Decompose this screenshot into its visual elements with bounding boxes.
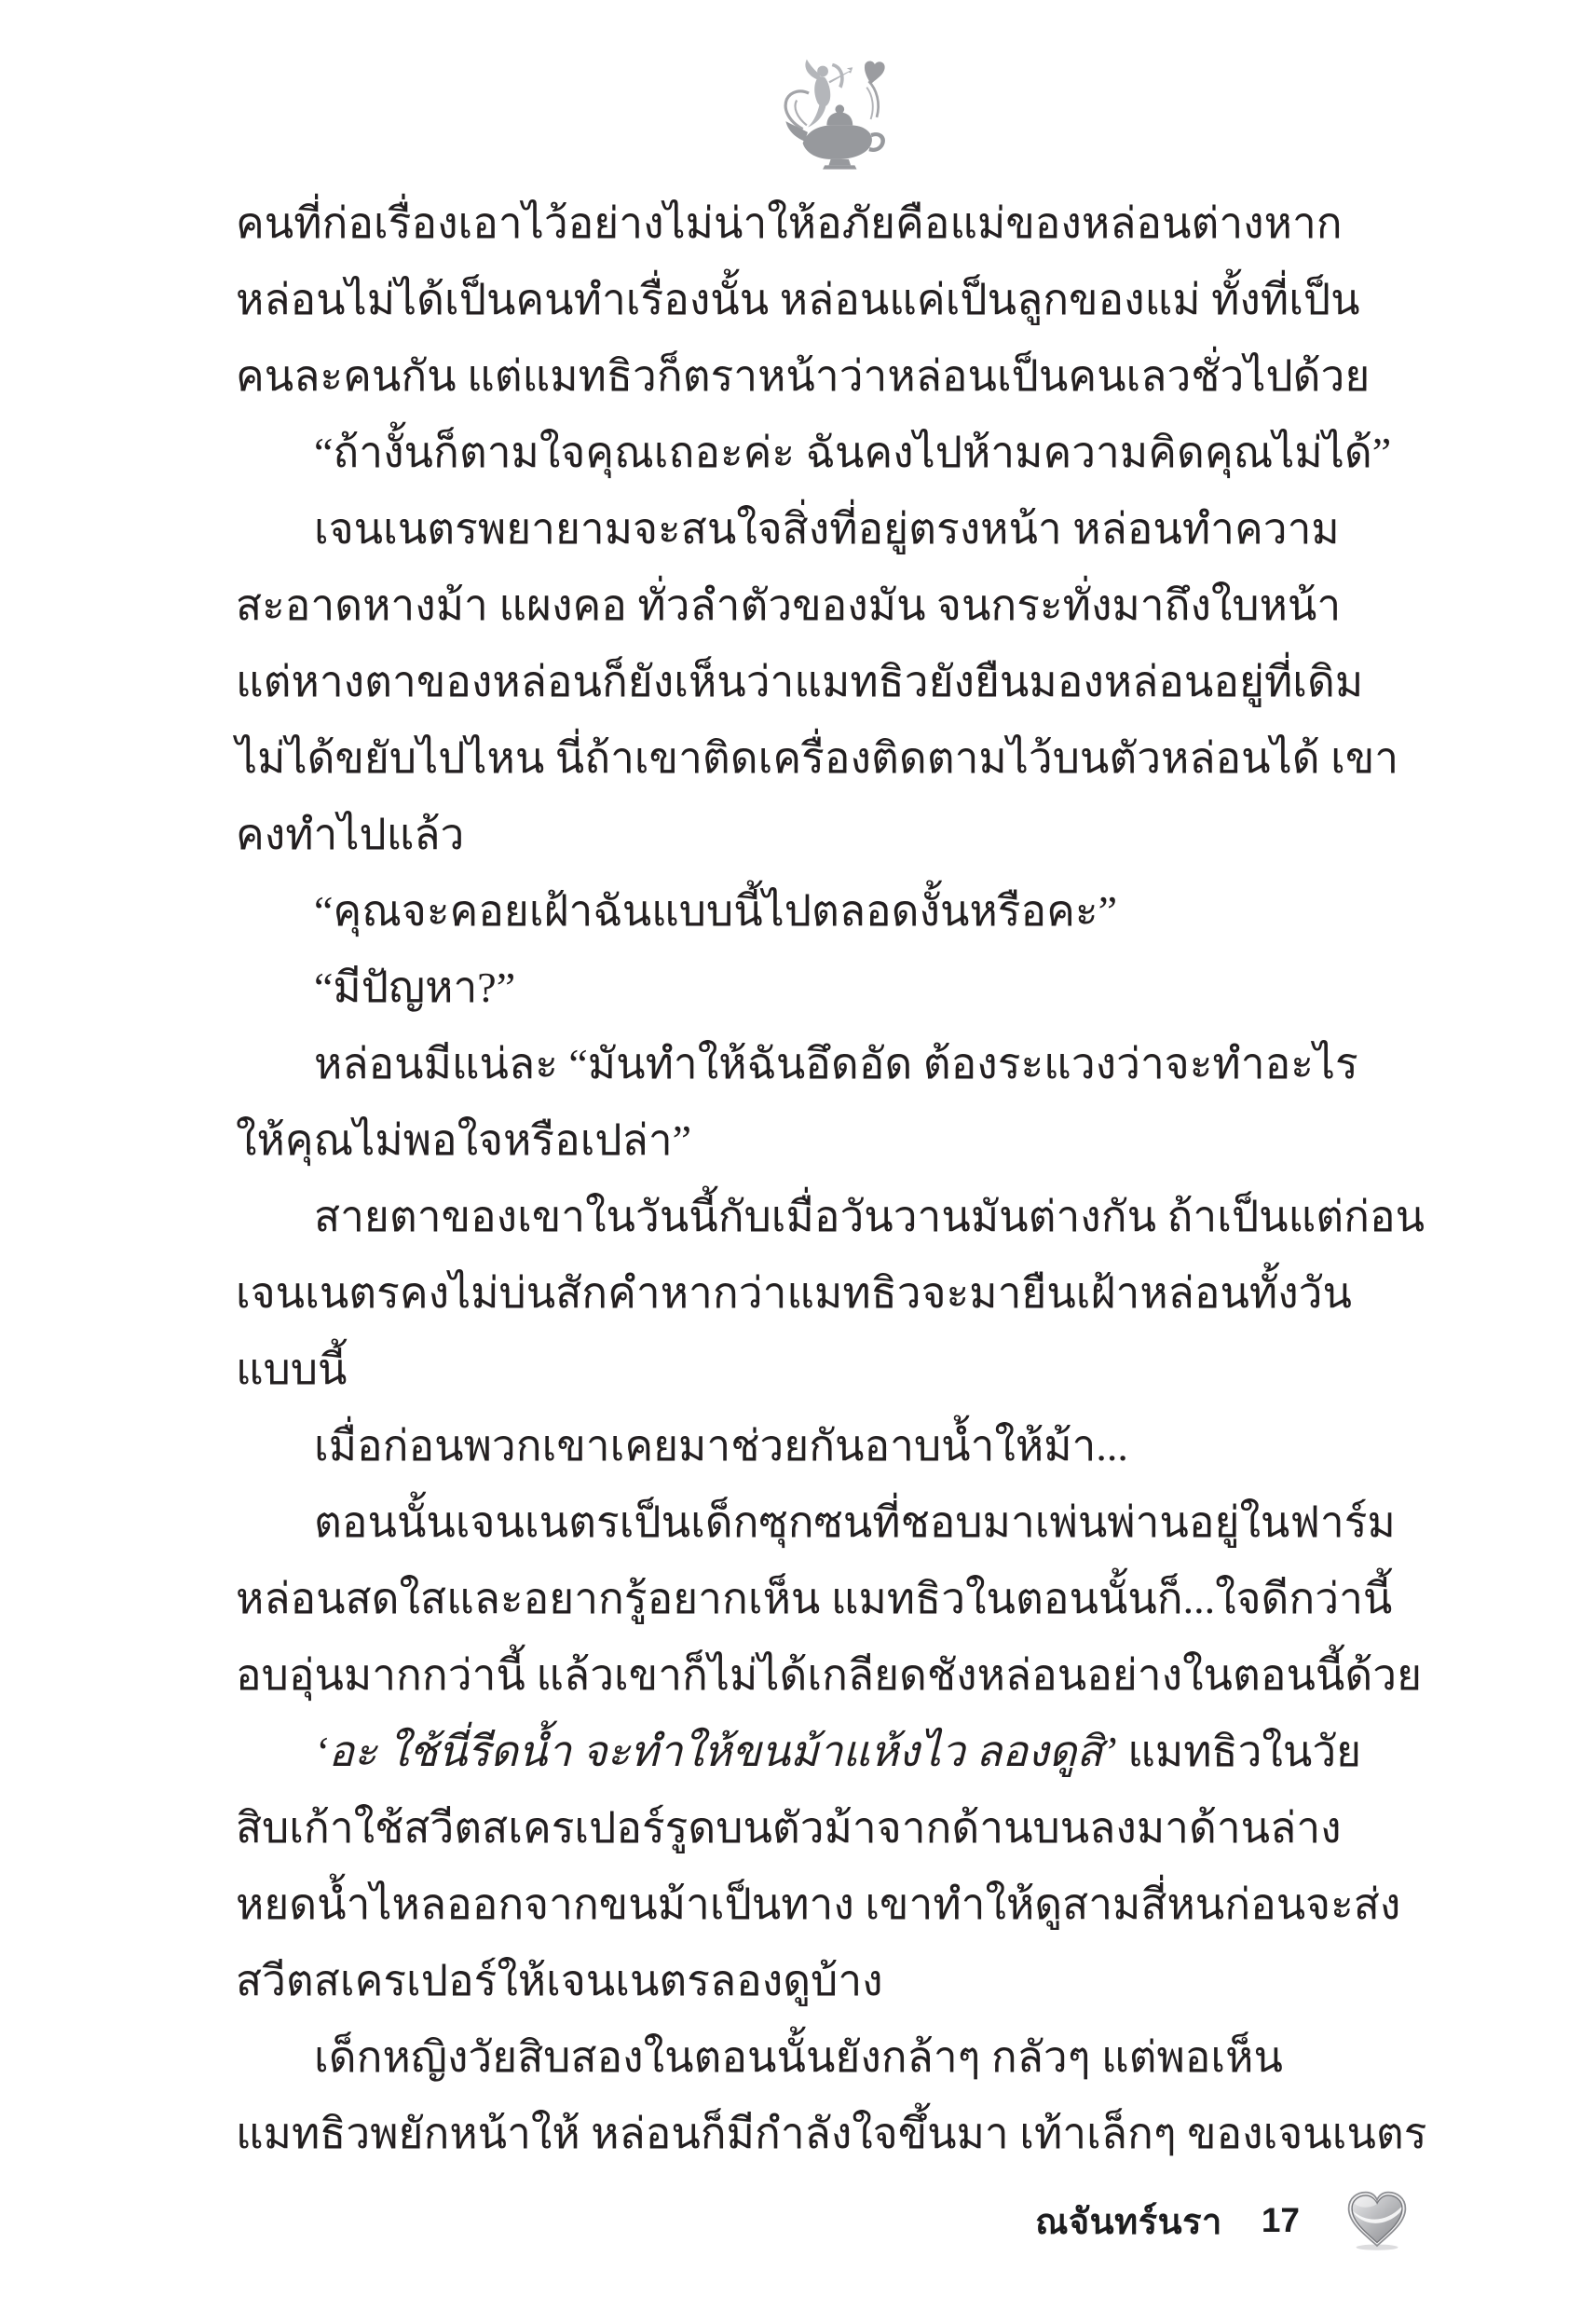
author-name: ณจันทร์นรา (1035, 2193, 1222, 2249)
text-line: หล่อนสดใสและอยากรู้อยากเห็น แมทธิวในตอนน… (236, 1561, 1417, 1637)
text-segment: แบบนี้ (236, 1346, 348, 1393)
text-line: สายตาของเขาในวันนี้กับเมื่อวันวานมันต่าง… (236, 1179, 1417, 1255)
text-segment: แมทธิวพยักหน้าให้ หล่อนก็มีกำลังใจขึ้นมา… (236, 2110, 1427, 2157)
text-segment: เมื่อก่อนพวกเขาเคยมาช่วยกันอาบน้ำให้ม้า.… (314, 1422, 1128, 1470)
text-line: สะอาดหางม้า แผงคอ ทั่วลำตัวของมัน จนกระท… (236, 567, 1417, 644)
text-line: สิบเก้าใช้สวีตสเครเปอร์รูดบนตัวม้าจากด้า… (236, 1790, 1417, 1867)
text-segment: สิบเก้าใช้สวีตสเครเปอร์รูดบนตัวม้าจากด้า… (236, 1804, 1342, 1852)
text-line: หล่อนมีแน่ละ “มันทำให้ฉันอึดอัด ต้องระแว… (236, 1026, 1417, 1102)
text-segment: คนละคนกัน แต่แมทธิวก็ตราหน้าว่าหล่อนเป็น… (236, 352, 1370, 400)
text-segment: แต่หางตาของหล่อนก็ยังเห็นว่าแมทธิวยังยืน… (236, 658, 1363, 705)
text-segment: คงทำไปแล้ว (236, 811, 464, 858)
text-line: อบอุ่นมากกว่านี้ แล้วเขาก็ไม่ได้เกลียดชั… (236, 1637, 1417, 1714)
text-line: เด็กหญิงวัยสิบสองในตอนนั้นยังกล้าๆ กลัวๆ… (236, 2019, 1417, 2096)
text-line: แมทธิวพยักหน้าให้ หล่อนก็มีกำลังใจขึ้นมา… (236, 2096, 1417, 2172)
text-segment: สะอาดหางม้า แผงคอ ทั่วลำตัวของมัน จนกระท… (236, 581, 1341, 629)
text-segment: เจนเนตรคงไม่บ่นสักคำหากว่าแมทธิวจะมายืนเ… (236, 1269, 1352, 1317)
text-segment: ให้คุณไม่พอใจหรือเปล่า” (236, 1116, 691, 1164)
text-line: “มีปัญหา?” (236, 950, 1417, 1026)
text-segment: สายตาของเขาในวันนี้กับเมื่อวันวานมันต่าง… (314, 1193, 1425, 1240)
heart-icon (1344, 2190, 1410, 2251)
book-page: คนที่ก่อเรื่องเอาไว้อย่างไม่น่าให้อภัยคื… (0, 0, 1596, 2311)
page-footer: ณจันทร์นรา 17 (0, 2190, 1410, 2251)
text-line: “คุณจะคอยเฝ้าฉันแบบนี้ไปตลอดงั้นหรือคะ” (236, 873, 1417, 950)
text-line: ตอนนั้นเจนเนตรเป็นเด็กซุกซนที่ชอบมาเพ่นพ… (236, 1484, 1417, 1561)
text-line: เจนเนตรคงไม่บ่นสักคำหากว่าแมทธิวจะมายืนเ… (236, 1255, 1417, 1332)
text-segment: หยดน้ำไหลออกจากขนม้าเป็นทาง เขาทำให้ดูสา… (236, 1880, 1400, 1928)
text-line: แบบนี้ (236, 1332, 1417, 1408)
body-text: คนที่ก่อเรื่องเอาไว้อย่างไม่น่าให้อภัยคื… (236, 185, 1417, 2172)
text-segment: ตอนนั้นเจนเนตรเป็นเด็กซุกซนที่ชอบมาเพ่นพ… (314, 1498, 1396, 1546)
text-line: ‘อะ ใช้นี่รีดน้ำ จะทำให้ขนม้าแห้งไว ลองด… (236, 1714, 1417, 1790)
text-segment: อบอุ่นมากกว่านี้ แล้วเขาก็ไม่ได้เกลียดชั… (236, 1651, 1422, 1699)
text-segment: หล่อนสดใสและอยากรู้อยากเห็น แมทธิวในตอนน… (236, 1575, 1392, 1622)
text-segment: สวีตสเครเปอร์ให้เจนเนตรลองดูบ้าง (236, 1957, 883, 2004)
cupid-lamp-ornament (781, 54, 891, 171)
text-line: ให้คุณไม่พอใจหรือเปล่า” (236, 1102, 1417, 1179)
page-number: 17 (1262, 2201, 1300, 2240)
text-segment: หล่อนไม่ได้เป็นคนทำเรื่องนั้น หล่อนแค่เป… (236, 276, 1360, 323)
text-segment: เจนเนตรพยายามจะสนใจสิ่งที่อยู่ตรงหน้า หล… (314, 505, 1340, 553)
lamp-shape (785, 104, 885, 169)
dialogue-italic-segment: ‘อะ ใช้นี่รีดน้ำ จะทำให้ขนม้าแห้งไว ลองด… (314, 1728, 1117, 1775)
text-line: “ถ้างั้นก็ตามใจคุณเถอะค่ะ ฉันคงไปห้ามควา… (236, 415, 1417, 491)
text-segment: “ถ้างั้นก็ตามใจคุณเถอะค่ะ ฉันคงไปห้ามควา… (314, 429, 1391, 476)
text-segment: “มีปัญหา?” (314, 964, 515, 1011)
text-segment: คนที่ก่อเรื่องเอาไว้อย่างไม่น่าให้อภัยคื… (236, 199, 1343, 247)
text-segment: ไม่ได้ขยับไปไหน นี่ถ้าเขาติดเครื่องติดตา… (236, 734, 1398, 782)
heart-shape (865, 61, 885, 84)
text-segment: หล่อนมีแน่ละ “มันทำให้ฉันอึดอัด ต้องระแว… (314, 1040, 1358, 1087)
text-line: คนที่ก่อเรื่องเอาไว้อย่างไม่น่าให้อภัยคื… (236, 185, 1417, 262)
text-line: คนละคนกัน แต่แมทธิวก็ตราหน้าว่าหล่อนเป็น… (236, 338, 1417, 415)
text-line: แต่หางตาของหล่อนก็ยังเห็นว่าแมทธิวยังยืน… (236, 644, 1417, 720)
text-segment: แมทธิวในวัย (1117, 1728, 1361, 1775)
text-line: ไม่ได้ขยับไปไหน นี่ถ้าเขาติดเครื่องติดตา… (236, 720, 1417, 797)
text-line: คงทำไปแล้ว (236, 797, 1417, 873)
text-line: หล่อนไม่ได้เป็นคนทำเรื่องนั้น หล่อนแค่เป… (236, 262, 1417, 338)
text-line: เมื่อก่อนพวกเขาเคยมาช่วยกันอาบน้ำให้ม้า.… (236, 1408, 1417, 1484)
text-segment: เด็กหญิงวัยสิบสองในตอนนั้นยังกล้าๆ กลัวๆ… (314, 2033, 1283, 2081)
text-line: หยดน้ำไหลออกจากขนม้าเป็นทาง เขาทำให้ดูสา… (236, 1867, 1417, 1943)
text-segment: “คุณจะคอยเฝ้าฉันแบบนี้ไปตลอดงั้นหรือคะ” (314, 887, 1117, 935)
text-line: เจนเนตรพยายามจะสนใจสิ่งที่อยู่ตรงหน้า หล… (236, 491, 1417, 567)
text-line: สวีตสเครเปอร์ให้เจนเนตรลองดูบ้าง (236, 1943, 1417, 2019)
